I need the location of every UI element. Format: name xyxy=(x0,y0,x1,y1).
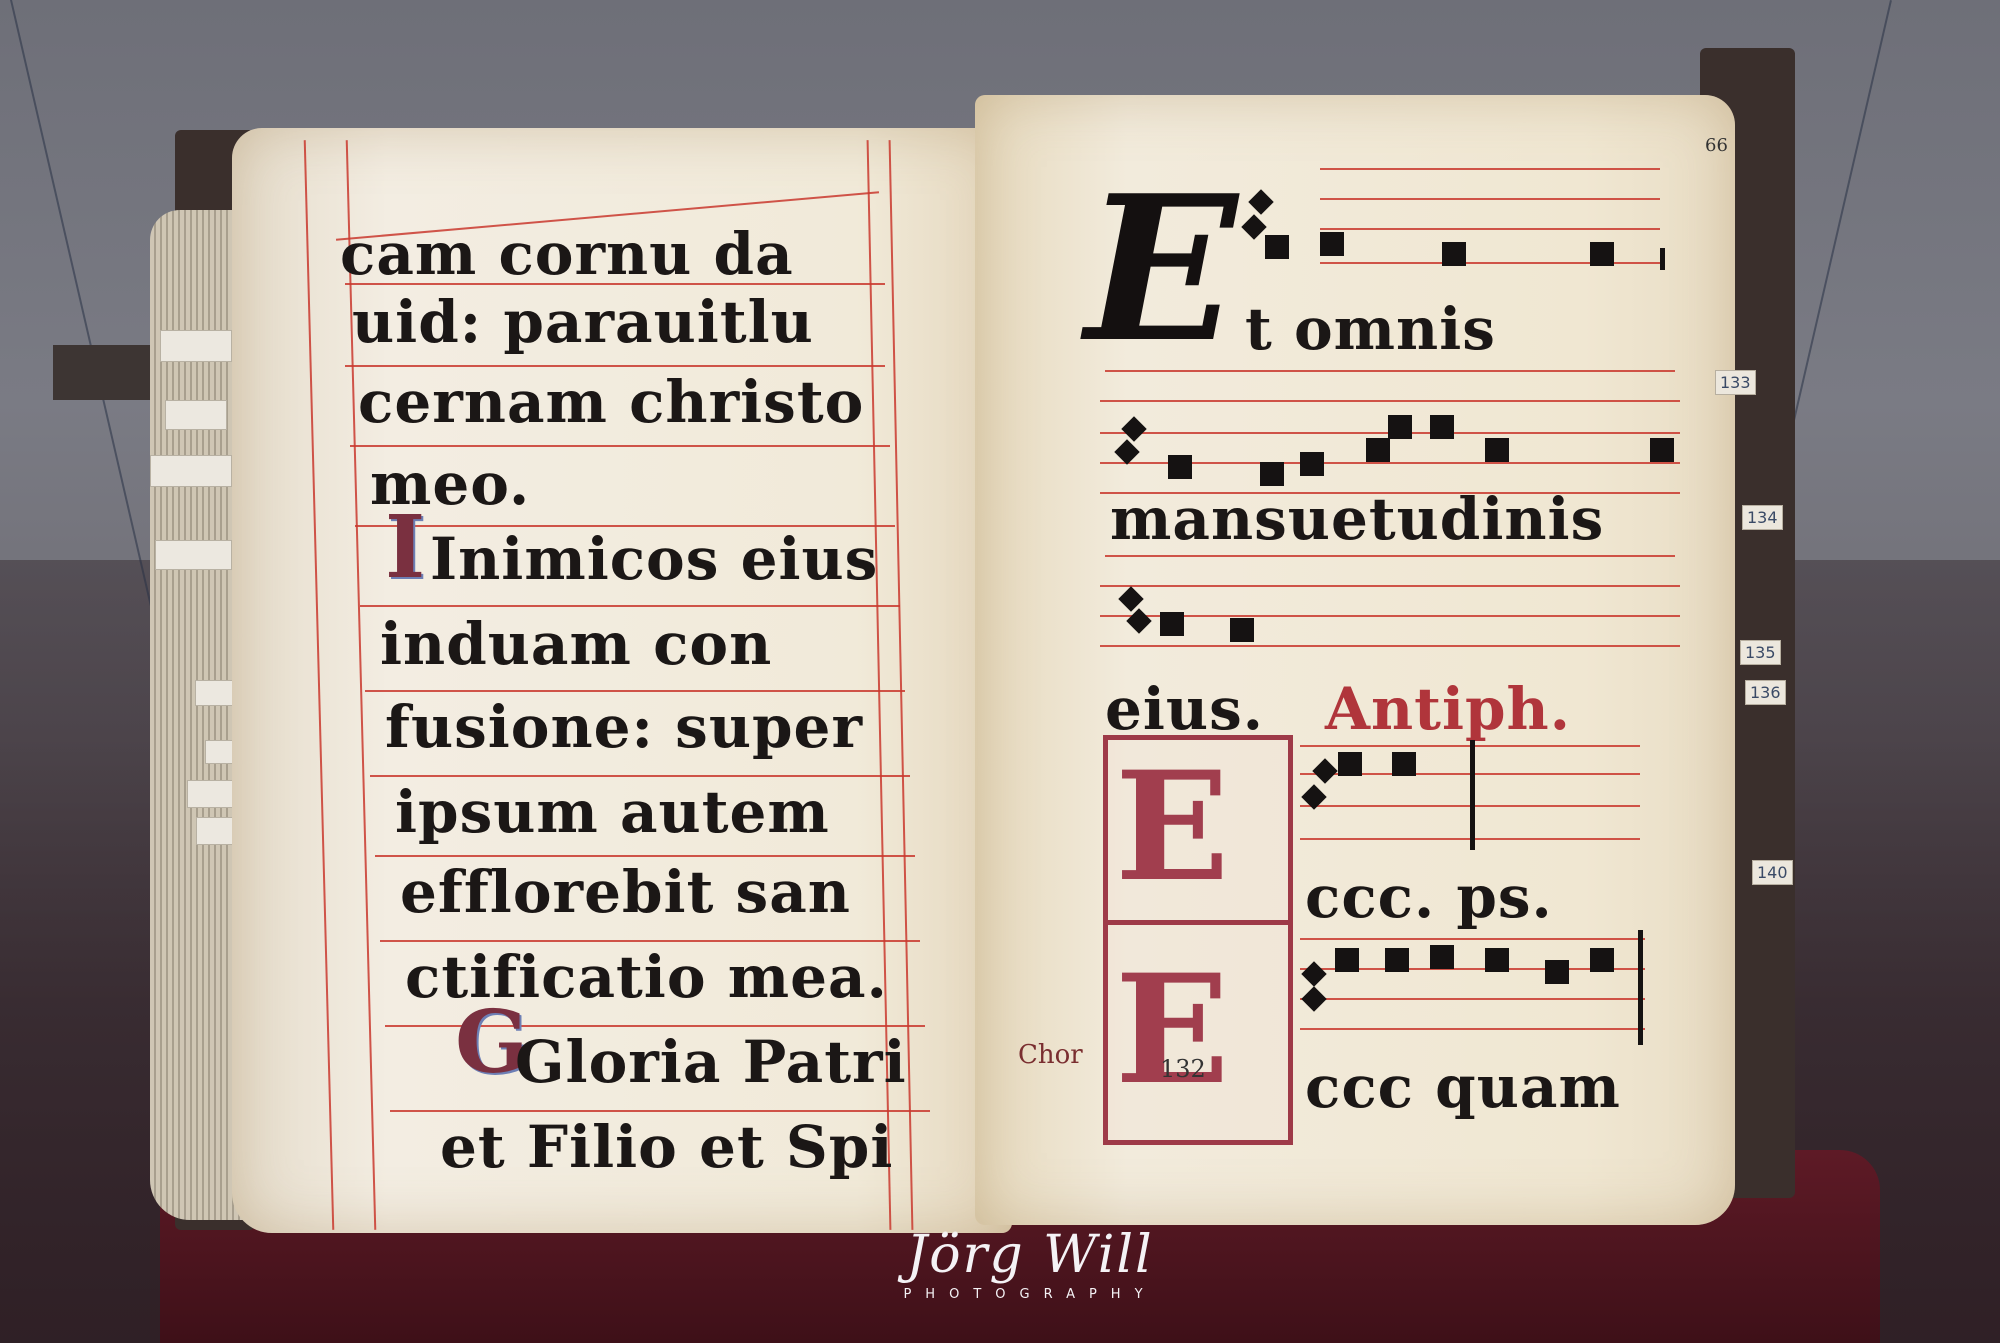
neume-square xyxy=(1168,455,1192,479)
staff-line xyxy=(1320,198,1660,200)
chant-text-line: cernam christo xyxy=(358,373,864,431)
page-tab xyxy=(165,400,227,430)
neume-square xyxy=(1338,752,1362,776)
neume-square xyxy=(1385,948,1409,972)
neume-bar xyxy=(1638,930,1643,1045)
neume-square xyxy=(1485,948,1509,972)
page-tab-number: 135 xyxy=(1740,640,1781,665)
text-rule xyxy=(380,940,920,942)
chant-text-line: mansuetudinis xyxy=(1110,490,1604,548)
text-rule xyxy=(370,775,910,777)
staff-line xyxy=(1320,228,1660,230)
staff-line xyxy=(1300,998,1645,1000)
neume-square xyxy=(1320,232,1344,256)
text-rule xyxy=(375,855,915,857)
neume-square xyxy=(1590,948,1614,972)
chant-text-line: Inimicos eius xyxy=(430,530,878,588)
chant-text-line: uid: parauitlu xyxy=(352,293,814,351)
page-tab-number: 140 xyxy=(1752,860,1793,885)
neume-custos xyxy=(1660,248,1665,270)
neume-square xyxy=(1388,415,1412,439)
chant-text-line: ipsum autem xyxy=(395,783,830,841)
decorated-initial-I: I xyxy=(385,505,425,591)
photographer-watermark: Jörg Will PHOTOGRAPHY xyxy=(860,1225,1200,1302)
glass-case-edge-left xyxy=(10,0,156,624)
neume-square xyxy=(1260,462,1284,486)
neume-square xyxy=(1650,438,1674,462)
illuminated-initial: E xyxy=(1115,752,1229,902)
chant-text-line: et Filio et Spi xyxy=(440,1118,893,1176)
margin-note-chor: Chor xyxy=(1018,1040,1083,1070)
neume-square xyxy=(1366,438,1390,462)
neume-square xyxy=(1160,612,1184,636)
neume-square xyxy=(1430,415,1454,439)
chant-text-line: eius. xyxy=(1105,680,1264,738)
staff-line xyxy=(1100,400,1680,402)
staff-line xyxy=(1100,645,1680,647)
folio-number: 66 xyxy=(1705,135,1728,156)
staff-line xyxy=(1105,370,1675,372)
neume-square xyxy=(1485,438,1509,462)
text-rule xyxy=(365,690,905,692)
text-rule xyxy=(345,365,885,367)
chant-text-line: fusione: super xyxy=(385,698,863,756)
chant-text-line: t omnis xyxy=(1245,300,1496,358)
staff-line xyxy=(1105,555,1675,557)
neume-square xyxy=(1335,948,1359,972)
calligraphic-initial-E: E xyxy=(1085,170,1237,370)
neume-square xyxy=(1300,452,1324,476)
neume-square xyxy=(1545,960,1569,984)
neume-bar xyxy=(1470,740,1475,850)
page-tab-number: 136 xyxy=(1745,680,1786,705)
page-tab xyxy=(155,540,232,570)
chant-text-line: ccc quam xyxy=(1305,1058,1621,1116)
inner-page-number: 132 xyxy=(1160,1055,1206,1083)
page-tab xyxy=(160,330,232,362)
neume-square xyxy=(1430,945,1454,969)
neume-square xyxy=(1442,242,1466,266)
page-tab-number: 134 xyxy=(1742,505,1783,530)
staff-line xyxy=(1100,585,1680,587)
watermark-subtitle: PHOTOGRAPHY xyxy=(860,1287,1200,1302)
neume-square xyxy=(1590,242,1614,266)
text-rule xyxy=(350,445,890,447)
rubric-antiphon: Antiph. xyxy=(1325,680,1571,738)
text-rule xyxy=(360,605,900,607)
page-tab-number: 133 xyxy=(1715,370,1756,395)
chant-text-line: cam cornu da xyxy=(340,225,794,283)
chant-text-line: efflorebit san xyxy=(400,863,851,921)
staff-line xyxy=(1320,168,1660,170)
chant-text-line: ccc. ps. xyxy=(1305,868,1553,926)
staff-line xyxy=(1300,938,1645,940)
neume-square xyxy=(1265,235,1289,259)
staff-line xyxy=(1100,615,1680,617)
staff-line xyxy=(1300,1028,1645,1030)
neume-square xyxy=(1230,618,1254,642)
photo-scene: cam cornu da uid: parauitlu cernam chris… xyxy=(0,0,2000,1343)
text-rule xyxy=(390,1110,930,1112)
watermark-signature: Jörg Will xyxy=(860,1225,1200,1285)
neume-square xyxy=(1392,752,1416,776)
chant-text-line: induam con xyxy=(380,615,772,673)
page-tab xyxy=(150,455,232,487)
chant-text-line: Gloria Patri xyxy=(515,1033,907,1091)
